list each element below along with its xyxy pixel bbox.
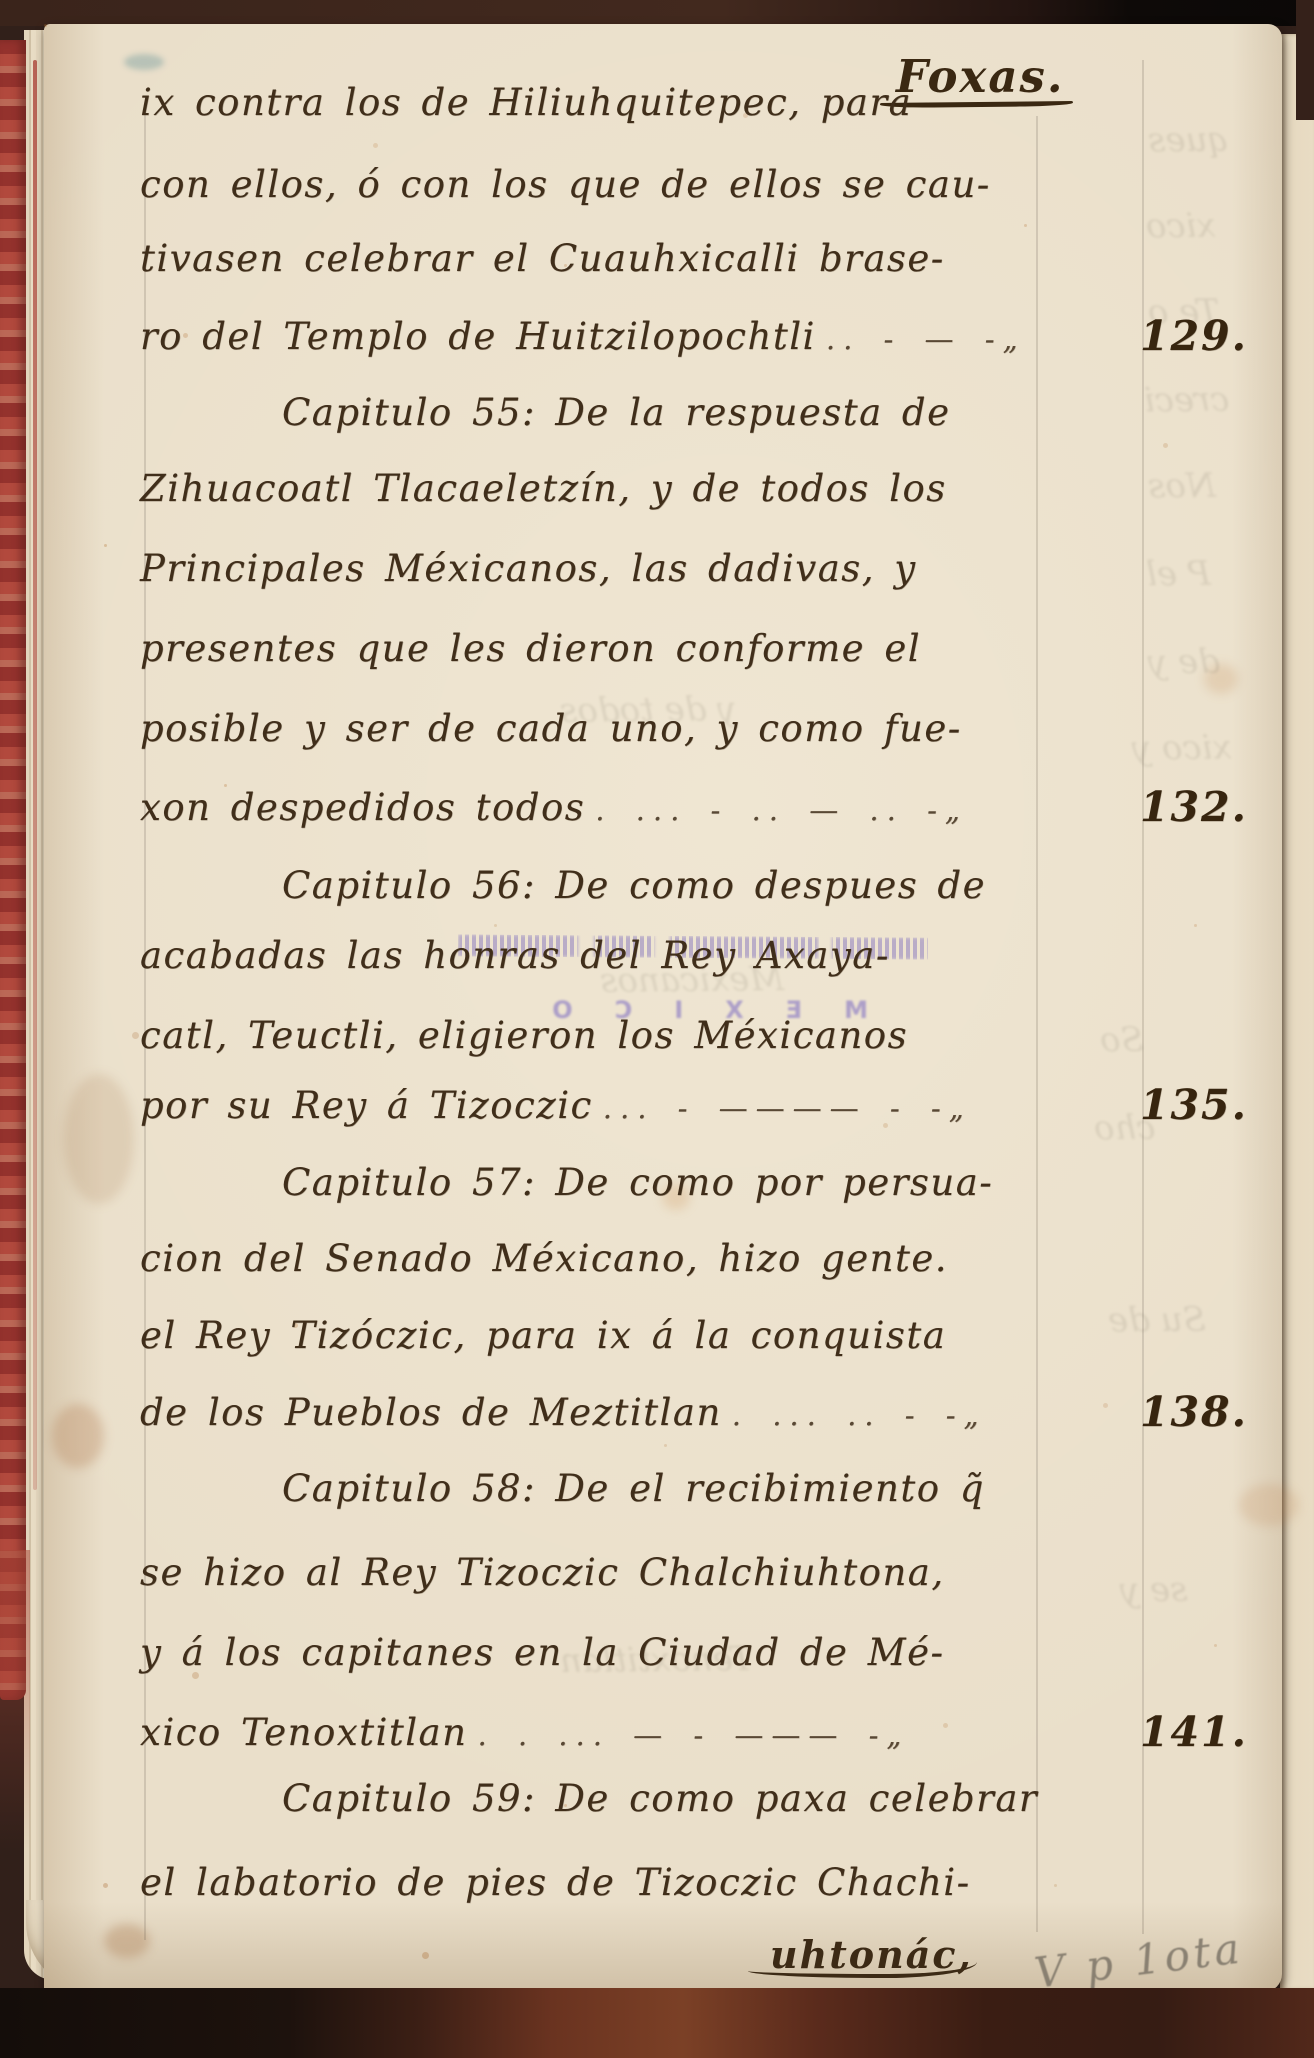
manuscript-line: el Rey Tizóczic, para ix á la conquista <box>140 1314 946 1357</box>
ghost-text: xico y <box>1132 727 1232 768</box>
manuscript-line: Zihuacoatl Tlacaeletzín, y de todos los <box>140 467 947 510</box>
manuscript-line: ix contra los de Hiliuhquitepec, para <box>140 81 912 124</box>
ghost-text: Su de <box>1108 1299 1206 1340</box>
manuscript-line: Principales Méxicanos, las dadivas, y <box>140 547 917 590</box>
manuscript-line: xico Tenoxtitlan. . ... — - ——— -„141. <box>140 1711 909 1754</box>
ghost-text: se y <box>1120 1570 1188 1611</box>
manuscript-line: por su Rey á Tizoczic... - ———— - -„135. <box>140 1084 972 1127</box>
manuscript-line: catl, Teuctli, eligieron los Méxicanos <box>140 1014 908 1057</box>
manuscript-line: tivasen celebrar el Cuauhxicalli brase- <box>140 237 945 280</box>
manuscript-line: y á los capitanes en la Ciudad de Mé- <box>140 1631 944 1674</box>
manuscript-line: de los Pueblos de Meztitlan. ... .. - -„… <box>140 1391 987 1434</box>
dot-leader: . ... .. - -„ <box>732 1398 987 1432</box>
dot-leader: . ... - .. — .. -„ <box>595 793 968 827</box>
next-page-edge <box>1280 34 1314 1990</box>
binding-top-edge <box>0 0 1314 26</box>
folio-number: 129. <box>1140 312 1248 360</box>
folio-number: 138. <box>1140 1388 1248 1436</box>
catchword-underlined: uhtonác, <box>770 1932 973 1977</box>
folio-number: 135. <box>1140 1081 1248 1129</box>
folio-column-header: Foxas. <box>896 50 1065 103</box>
paper-freckles <box>44 24 47 27</box>
chapter-heading-line: Capitulo 55: De la respuesta de <box>282 391 950 434</box>
chapter-heading-line: Capitulo 58: De el recibimiento q̃ <box>282 1467 985 1510</box>
manuscript-line: posible y ser de cada uno, y como fue- <box>140 707 962 750</box>
ghost-text: creci <box>1144 380 1230 421</box>
ghost-text: Nos <box>1148 466 1216 507</box>
dot-leader: .. - — -„ <box>826 322 1026 356</box>
folio-number: 132. <box>1140 783 1248 831</box>
ink-smudge <box>124 54 164 70</box>
manuscript-line: xon despedidos todos. ... - .. — .. -„13… <box>140 786 968 829</box>
fore-edge-fade <box>0 1550 30 1850</box>
ghost-text: So <box>1100 1020 1144 1060</box>
dot-leader: . . ... — - ——— -„ <box>477 1718 909 1752</box>
ghost-text: P el <box>1146 554 1211 595</box>
manuscript-line: con ellos, ó con los que de ellos se cau… <box>140 163 991 206</box>
manuscript-line: el labatorio de pies de Tizoczic Chachi- <box>140 1861 971 1904</box>
manuscript-line: presentes que les dieron conforme el <box>140 627 921 670</box>
pencil-annotation: V p 1ota <box>1032 1923 1246 1997</box>
manuscript-page: ques xico Te o creci Nos P el de y xico … <box>44 24 1282 1992</box>
stain <box>52 1404 104 1468</box>
manuscript-line: se hizo al Rey Tizoczic Chalchiuhtona, <box>140 1551 945 1594</box>
chapter-heading-line: Capitulo 57: De como por persua- <box>282 1161 993 1204</box>
manuscript-line: ro del Templo de Huitzilopochtli.. - — -… <box>140 315 1026 358</box>
pencil-column-line <box>1036 116 1038 1932</box>
binding-right-corner <box>1296 0 1314 120</box>
stain <box>64 1074 134 1204</box>
red-speckled-fore-edge <box>0 40 26 1700</box>
scanned-book-page: ques xico Te o creci Nos P el de y xico … <box>0 0 1314 2058</box>
manuscript-line: cion del Senado Méxicano, hizo gente. <box>140 1237 948 1280</box>
dot-leader: ... - ———— - -„ <box>603 1091 972 1125</box>
ghost-text: ques <box>1148 120 1230 161</box>
chapter-heading-line: Capitulo 56: De como despues de <box>282 864 986 907</box>
binding-bottom-edge <box>0 1988 1314 2058</box>
ghost-text: de y <box>1148 642 1220 683</box>
chapter-heading-line: Capitulo 59: De como paxa celebrar <box>282 1777 1038 1820</box>
folio-number: 141. <box>1140 1708 1248 1756</box>
manuscript-line: acabadas las honras del Rey Axaya- <box>140 934 890 977</box>
ghost-text: xico <box>1146 206 1216 247</box>
stain <box>1239 1484 1299 1526</box>
fore-edge-red-line <box>33 60 37 1490</box>
